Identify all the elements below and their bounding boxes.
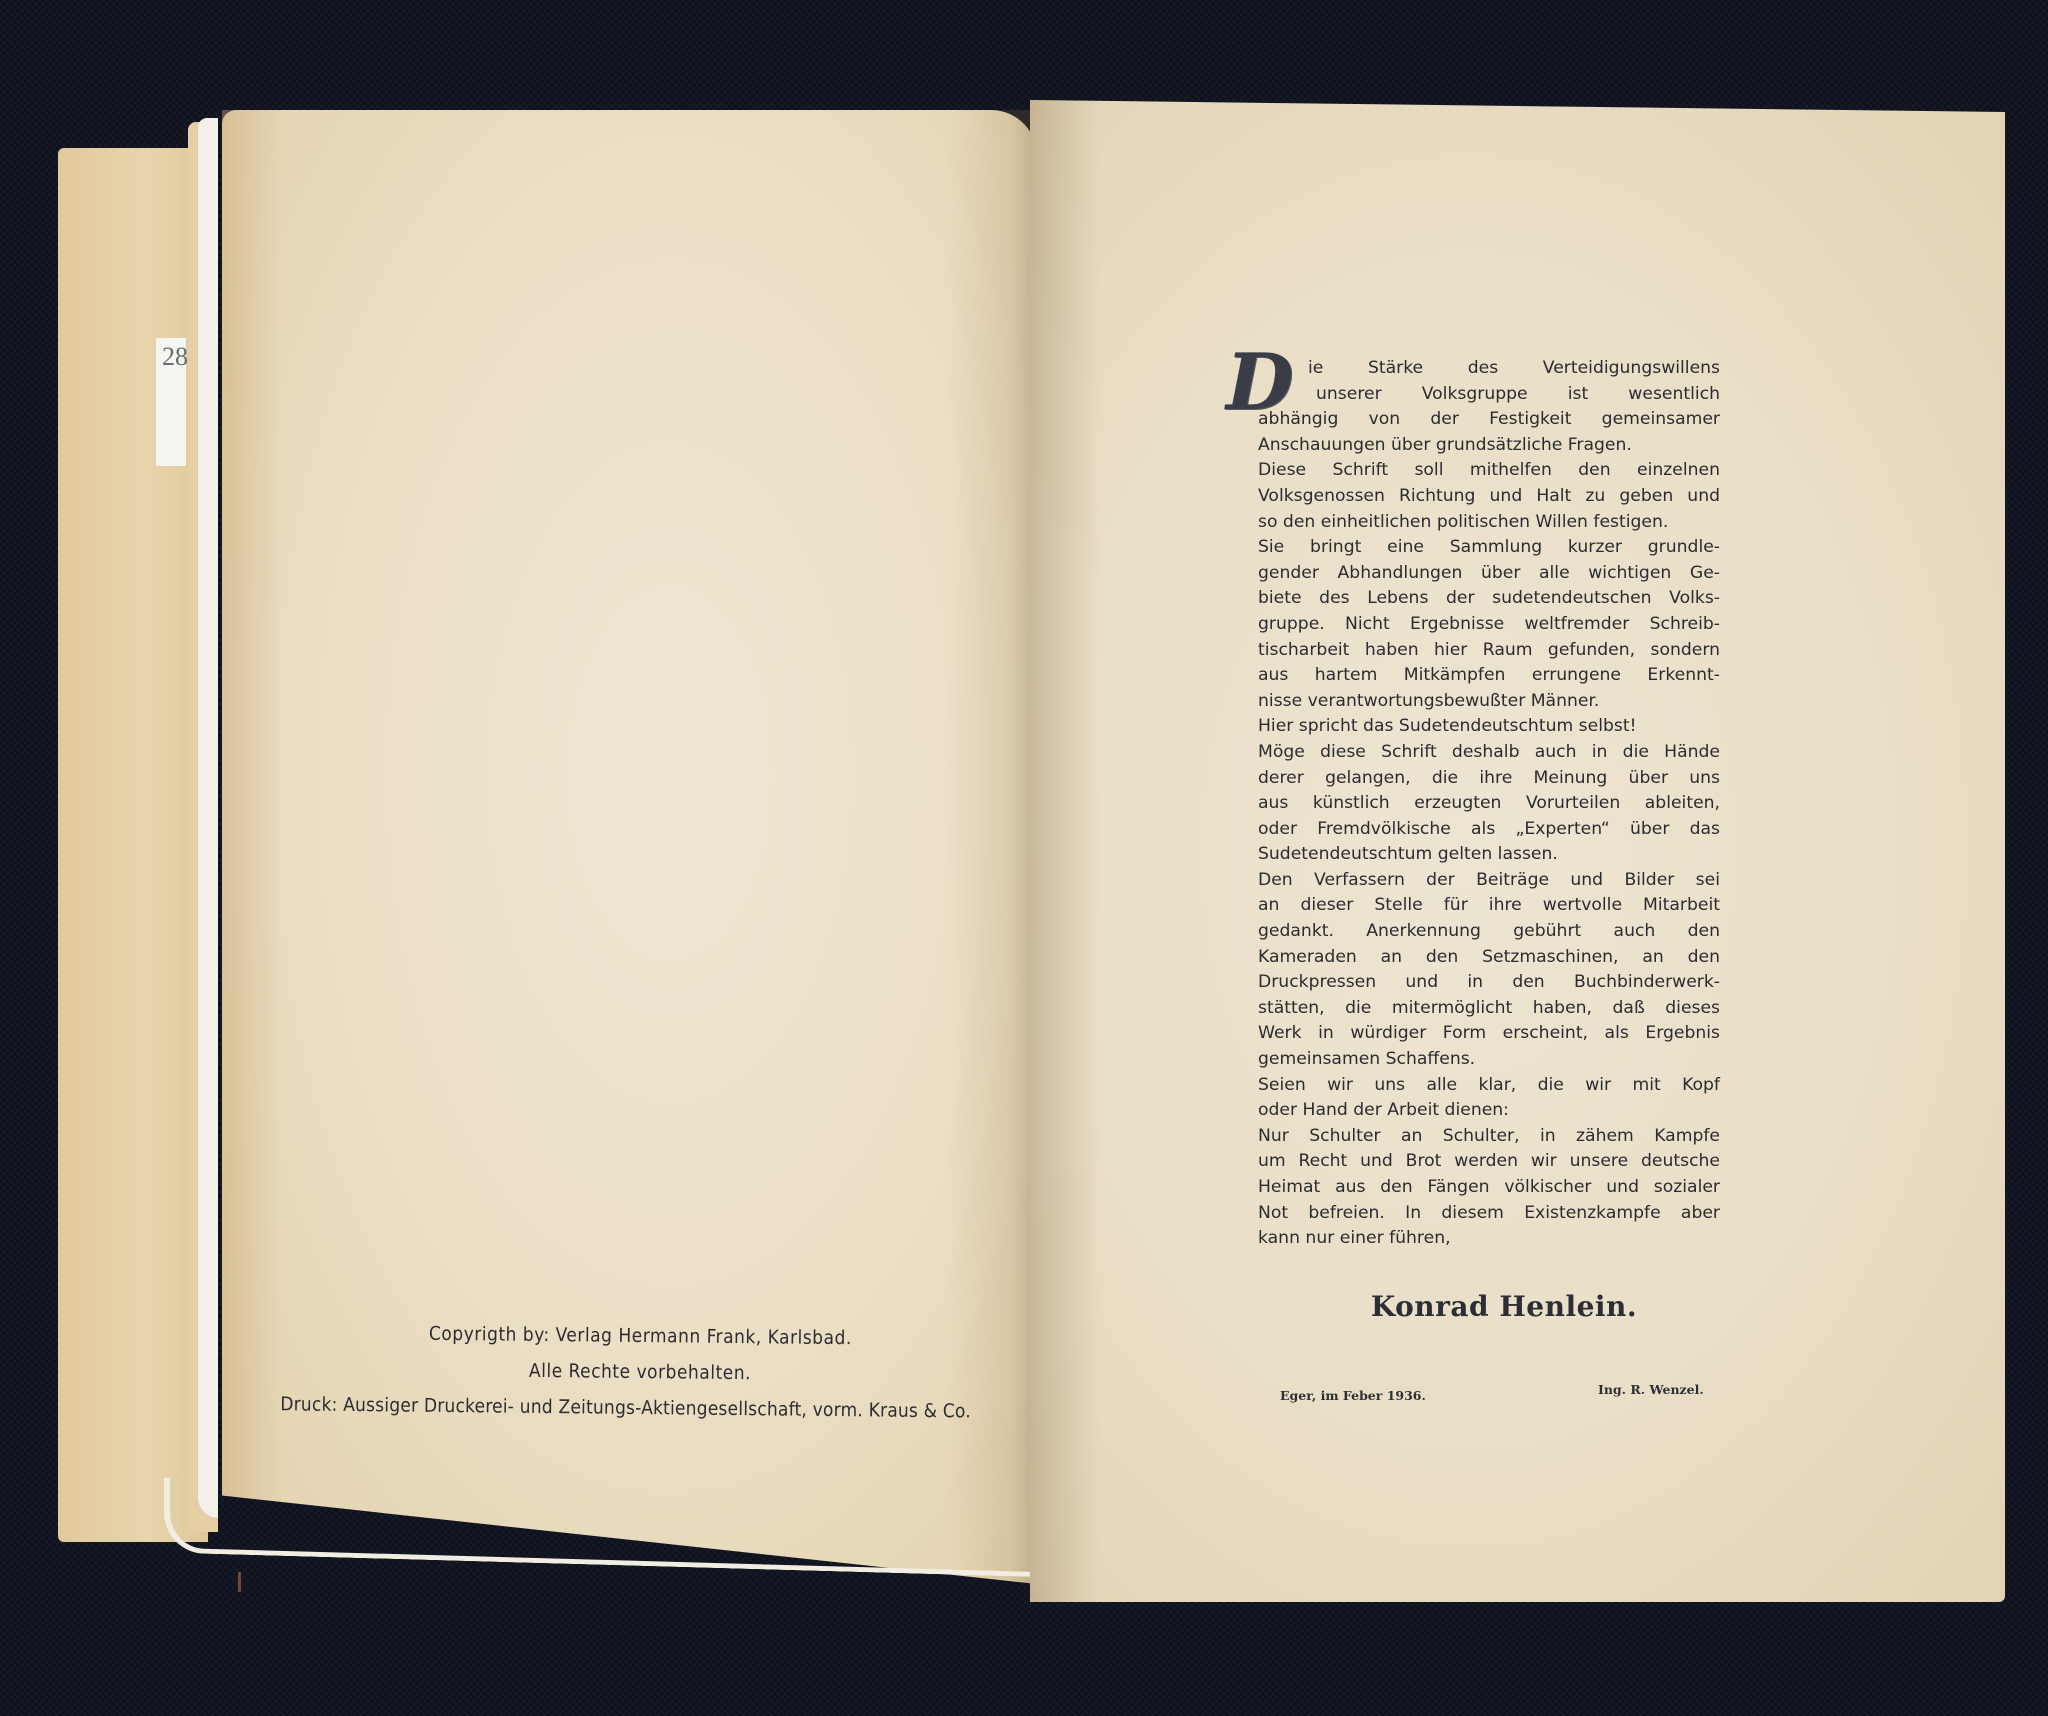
foreword-line: Heimat aus den Fängen völkischer und soz… bbox=[1258, 1175, 1720, 1201]
foreword-line: Diese Schrift soll mithelfen den einzeln… bbox=[1258, 458, 1720, 484]
stray-ink-mark bbox=[238, 1572, 241, 1592]
foreword-line: biete des Lebens der sudetendeutschen Vo… bbox=[1258, 586, 1720, 612]
foreword-line: Druckpressen und in den Buchbinderwerk- bbox=[1258, 970, 1720, 996]
typesetter-credit: Ing. R. Wenzel. bbox=[1598, 1382, 1704, 1397]
foreword-line: Not befreien. In diesem Existenzkampfe a… bbox=[1258, 1201, 1720, 1227]
foreword-line: Nur Schulter an Schulter, in zähem Kampf… bbox=[1258, 1124, 1720, 1150]
foreword-line: Seien wir uns alle klar, die wir mit Kop… bbox=[1258, 1073, 1720, 1099]
publisher-imprint: Copyrigth by: Verlag Hermann Frank, Karl… bbox=[279, 1314, 1000, 1430]
foreword-line: Möge diese Schrift deshalb auch in die H… bbox=[1258, 740, 1720, 766]
foreword-line: Sudetendeutschtum gelten lassen. bbox=[1258, 842, 1720, 868]
foreword-line: unserer Volksgruppe ist wesentlich bbox=[1258, 382, 1720, 408]
foreword-text-block: D ie Stärke des Verteidigungswillensunse… bbox=[1258, 356, 1720, 1252]
foreword-line: gemeinsamen Schaffens. bbox=[1258, 1047, 1720, 1073]
foreword-line: kann nur einer führen, bbox=[1258, 1226, 1720, 1252]
library-call-number-label: 28 bbox=[156, 338, 186, 466]
foreword-lines: ie Stärke des Verteidigungswillensunsere… bbox=[1258, 356, 1720, 1252]
foreword-line: aus künstlich erzeugten Vorurteilen able… bbox=[1258, 791, 1720, 817]
foreword-line: Sie bringt eine Sammlung kurzer grundle- bbox=[1258, 535, 1720, 561]
foreword-line: so den einheitlichen politischen Willen … bbox=[1258, 510, 1720, 536]
place-and-date: Eger, im Feber 1936. bbox=[1280, 1388, 1426, 1403]
foreword-line: Werk in würdiger Form erscheint, als Erg… bbox=[1258, 1021, 1720, 1047]
white-insert-strip bbox=[198, 118, 218, 1518]
foreword-line: gedankt. Anerkennung gebührt auch den bbox=[1258, 919, 1720, 945]
foreword-line: um Recht und Brot werden wir unsere deut… bbox=[1258, 1149, 1720, 1175]
foreword-line: Hier spricht das Sudetendeutschtum selbs… bbox=[1258, 714, 1720, 740]
foreword-line: gender Abhandlungen über alle wichtigen … bbox=[1258, 561, 1720, 587]
foreword-line: Volksgenossen Richtung und Halt zu geben… bbox=[1258, 484, 1720, 510]
foreword-line: stätten, die mitermöglicht haben, daß di… bbox=[1258, 996, 1720, 1022]
foreword-line: gruppe. Nicht Ergebnisse weltfremder Sch… bbox=[1258, 612, 1720, 638]
foreword-line: an dieser Stelle für ihre wertvolle Mita… bbox=[1258, 893, 1720, 919]
foreword-line: oder Hand der Arbeit dienen: bbox=[1258, 1098, 1720, 1124]
decorative-dropcap-initial: D bbox=[1226, 348, 1294, 418]
foreword-line: tischarbeit haben hier Raum gefunden, so… bbox=[1258, 638, 1720, 664]
foreword-line: abhängig von der Festigkeit gemeinsamer bbox=[1258, 407, 1720, 433]
foreword-line: derer gelangen, die ihre Meinung über un… bbox=[1258, 766, 1720, 792]
foreword-line: ie Stärke des Verteidigungswillens bbox=[1258, 356, 1720, 382]
foreword-line: aus hartem Mitkämpfen errungene Erkennt- bbox=[1258, 663, 1720, 689]
foreword-line: nisse verantwortungsbewußter Männer. bbox=[1258, 689, 1720, 715]
foreword-line: Den Verfassern der Beiträge und Bilder s… bbox=[1258, 868, 1720, 894]
printer-line: Druck: Aussiger Druckerei- und Zeitungs-… bbox=[265, 1386, 985, 1430]
author-signature: Konrad Henlein. bbox=[1354, 1290, 1654, 1323]
foreword-line: oder Fremdvölkische als „Experten“ über … bbox=[1258, 817, 1720, 843]
foreword-line: Anschauungen über grundsätzliche Fragen. bbox=[1258, 433, 1720, 459]
library-label-text: 28 bbox=[162, 342, 188, 372]
foreword-line: Kameraden an den Setzmaschinen, an den bbox=[1258, 945, 1720, 971]
